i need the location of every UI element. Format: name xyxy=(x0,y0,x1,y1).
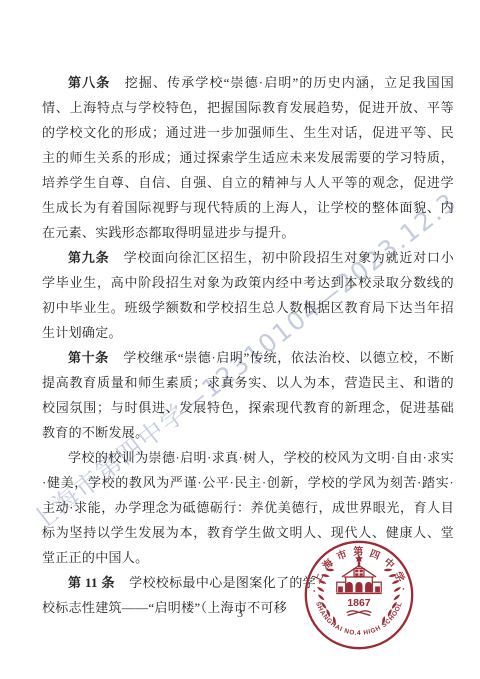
article-8-label: 第八条 xyxy=(68,75,110,90)
article-8-paragraph: 第八条挖掘、传承学校“崇德·启明”的历史内涵，立足我国国情、上海特点与学校特色，… xyxy=(42,70,454,245)
document-page: 上海市第四中学—12310104—2023.12.3 第八条挖掘、传承学校“崇德… xyxy=(0,0,480,679)
article-9-label: 第九条 xyxy=(68,250,109,265)
page-number: 3 xyxy=(0,606,480,621)
article-8-text: 挖掘、传承学校“崇德·启明”的历史内涵，立足我国国情、上海特点与学校特色，把握国… xyxy=(42,75,454,240)
article-11-label: 第 11 条 xyxy=(68,575,115,590)
article-10-paragraph: 第十条学校继承“崇德·启明”传统，依法治校、以德立校，不断提高教育质量和师生素质… xyxy=(42,345,454,445)
article-9-paragraph: 第九条学校面向徐汇区招生，初中阶段招生对象为就近对口小学毕业生，高中阶段招生对象… xyxy=(42,245,454,345)
article-10-label: 第十条 xyxy=(68,350,109,365)
school-seal: · 上 海 市 第 四 中 学 · xyxy=(302,538,416,652)
